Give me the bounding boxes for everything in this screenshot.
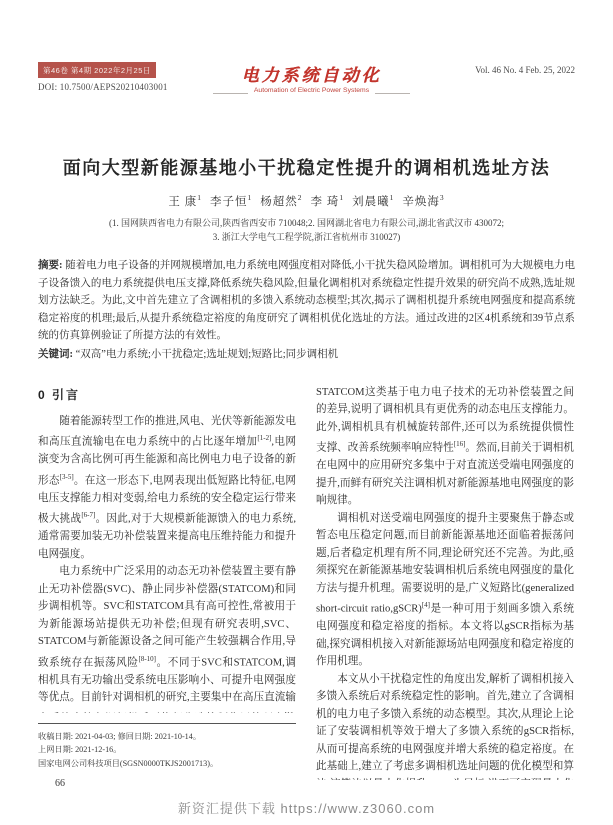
page-title: 面向大型新能源基地小干扰稳定性提升的调相机选址方法 (38, 154, 575, 180)
header-divider-right (375, 93, 410, 94)
paper-page: 第46卷 第4期 2022年2月25日 DOI: 10.7500/AEPS202… (0, 0, 613, 825)
doi-text: DOI: 10.7500/AEPS20210403001 (38, 82, 213, 92)
affiliation-line: 3. 浙江大学电气工程学院,浙江省杭州市 310027) (38, 230, 575, 244)
volume-info-en: Vol. 46 No. 4 Feb. 25, 2022 (410, 60, 575, 75)
journal-logo: 电力系统自动化 Automation of Electric Power Sys… (213, 60, 410, 94)
header-left: 第46卷 第4期 2022年2月25日 DOI: 10.7500/AEPS202… (38, 60, 213, 92)
author-name: 辛焕海3 (402, 196, 444, 208)
section-heading-introduction: 0 引言 (38, 386, 296, 403)
right-column-text: STATCOM这类基于电力电子技术的无功补偿装置之间的差异,说明了调相机具有更优… (316, 384, 574, 780)
abstract-text: 随着电力电子设备的并网规模增加,电力系统电网强度相对降低,小干扰失稳风险增加。调… (38, 260, 575, 341)
author-name: 刘晨曦1 (352, 196, 394, 208)
footnote-line: 上网日期: 2021-12-16。 (38, 743, 296, 757)
footnote-line: 收稿日期: 2021-04-03; 修回日期: 2021-10-14。 (38, 730, 296, 744)
journal-header: 第46卷 第4期 2022年2月25日 DOI: 10.7500/AEPS202… (38, 60, 575, 106)
left-column: 0 引言 随着能源转型工作的推进,风电、光伏等新能源发电和高压直流输电在电力系统… (38, 384, 296, 780)
author-name: 李子恒1 (210, 196, 252, 208)
journal-name-en: Automation of Electric Power Systems (254, 87, 369, 94)
abstract: 摘要: 随着电力电子设备的并网规模增加,电力系统电网强度相对降低,小干扰失稳风险… (38, 257, 575, 345)
body-paragraph: 随着能源转型工作的推进,风电、光伏等新能源发电和高压直流输电在电力系统中的占比逐… (38, 413, 296, 564)
body-paragraph: 本文从小干扰稳定性的角度出发,解析了调相机接入多馈入系统后对系统稳定性的影响。首… (316, 671, 574, 780)
body-paragraph: 电力系统中广泛采用的动态无功补偿装置主要有静止无功补偿器(SVC)、静止同步补偿… (38, 563, 296, 712)
affiliation-list: (1. 国网陕西省电力有限公司,陕西省西安市 710048;2. 国网湖北省电力… (38, 216, 575, 244)
author-name: 李 琦1 (311, 196, 345, 208)
footnote-line: 国家电网公司科技项目(SGSN0000TKJS2001713)。 (38, 757, 296, 771)
watermark-text: 新资汇提供下载 https://www.z3060.com (0, 798, 613, 817)
right-column: STATCOM这类基于电力电子技术的无功补偿装置之间的差异,说明了调相机具有更优… (316, 384, 574, 780)
keywords: 关键词: “双高”电力系统;小干扰稳定;选址规划;短路比;同步调相机 (38, 346, 575, 364)
author-name: 王 康1 (168, 196, 202, 208)
journal-name-cn: 电力系统自动化 (213, 61, 410, 86)
body-paragraph: 调相机对送受端电网强度的提升主要聚焦于静态或暂态电压稳定问题,而目前新能源基地还… (316, 510, 574, 671)
footnote-block: 收稿日期: 2021-04-03; 修回日期: 2021-10-14。上网日期:… (38, 723, 296, 771)
affiliation-line: (1. 国网陕西省电力有限公司,陕西省西安市 710048;2. 国网湖北省电力… (38, 216, 575, 230)
body-paragraph: STATCOM这类基于电力电子技术的无功补偿装置之间的差异,说明了调相机具有更优… (316, 384, 574, 510)
author-list: 王 康1李子恒1杨超然2李 琦1刘晨曦1辛焕海3 (38, 193, 575, 209)
left-column-text: 随着能源转型工作的推进,风电、光伏等新能源发电和高压直流输电在电力系统中的占比逐… (38, 413, 296, 713)
page-number: 66 (55, 778, 65, 789)
abstract-label: 摘要: (38, 260, 63, 271)
keywords-label: 关键词: (38, 349, 73, 360)
body-columns: 0 引言 随着能源转型工作的推进,风电、光伏等新能源发电和高压直流输电在电力系统… (38, 384, 575, 780)
header-divider-left (213, 93, 248, 94)
keywords-text: “双高”电力系统;小干扰稳定;选址规划;短路比;同步调相机 (76, 349, 339, 360)
issue-badge: 第46卷 第4期 2022年2月25日 (38, 62, 156, 78)
author-name: 杨超然2 (260, 196, 302, 208)
